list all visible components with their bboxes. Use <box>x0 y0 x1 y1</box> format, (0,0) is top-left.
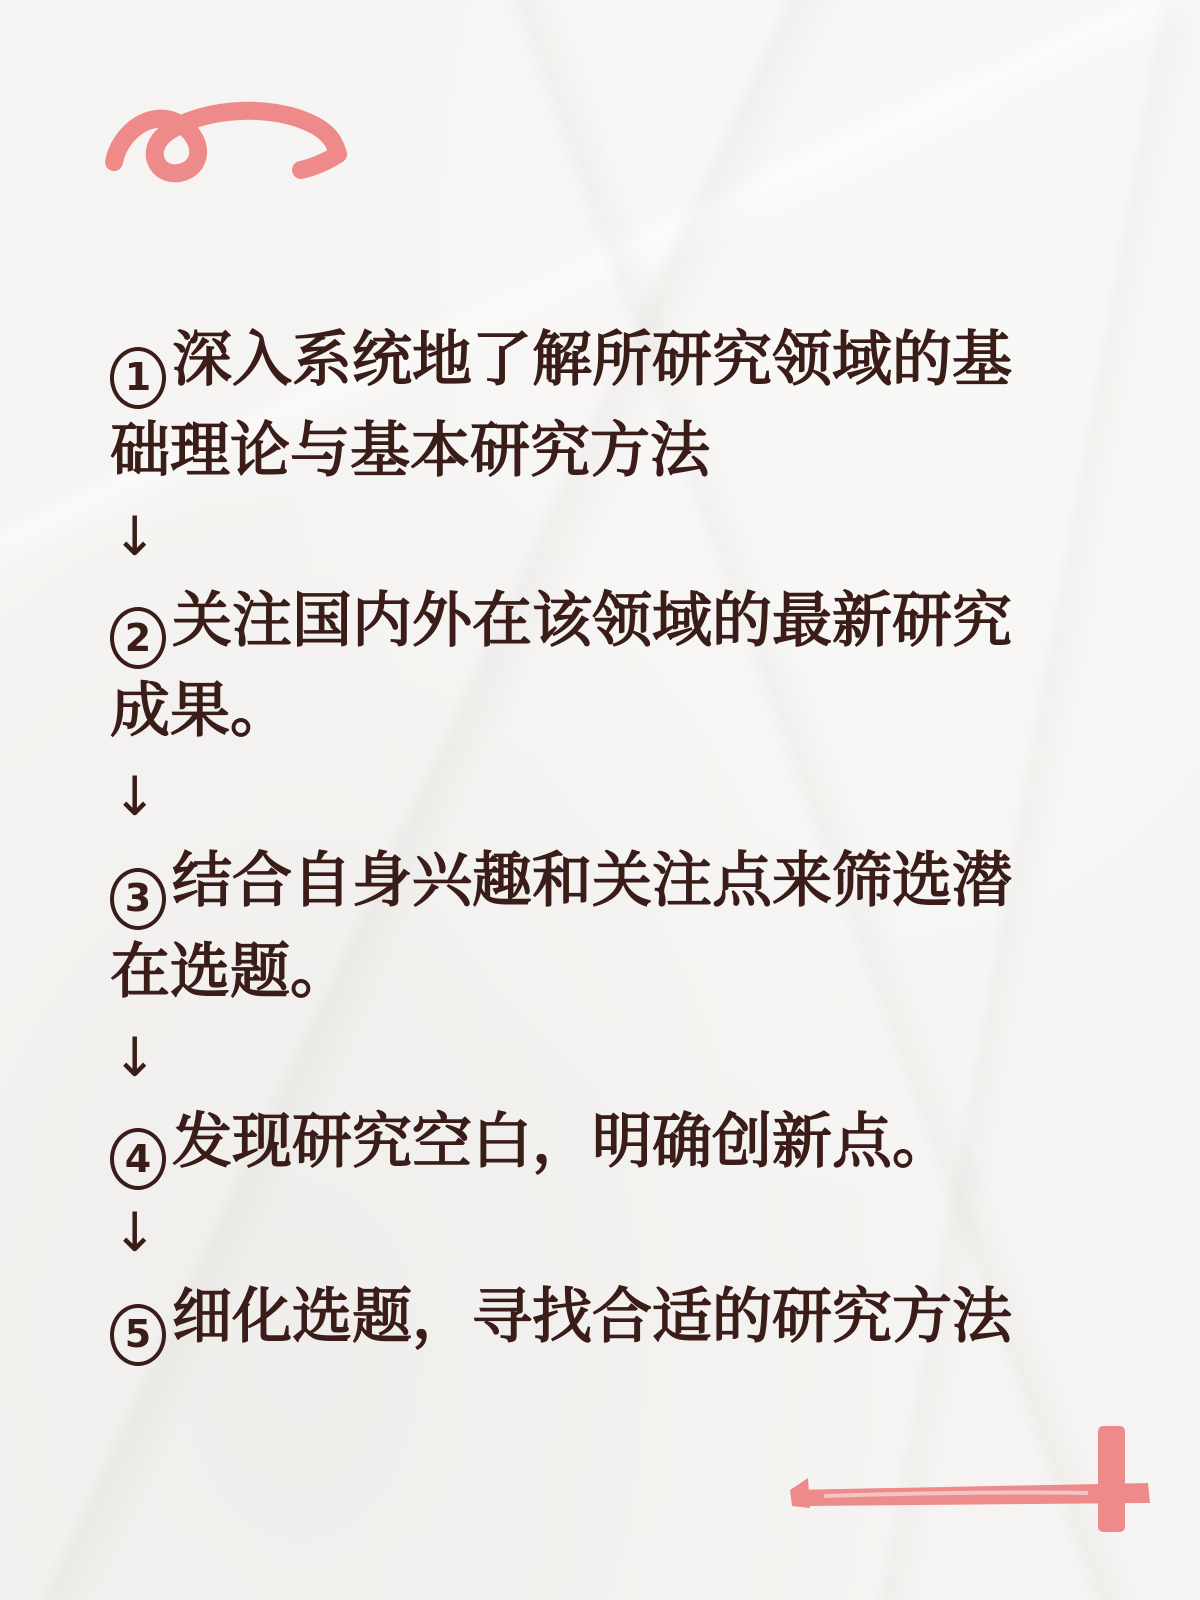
step-5-text: 细化选题，寻找合适的研究方法 <box>172 1282 1012 1352</box>
step-4: 4发现研究空白，明确创新点。 <box>110 1100 1050 1191</box>
step-1-text: 深入系统地了解所研究领域的基础理论与基本研究方法 <box>110 325 1012 486</box>
step-5: 5细化选题，寻找合适的研究方法 <box>110 1275 1050 1366</box>
step-1-digit: 1 <box>125 335 151 420</box>
step-3-digit: 3 <box>125 856 151 941</box>
step-2-text: 关注国内外在该领域的最新研究成果。 <box>110 586 1012 747</box>
down-arrow-icon: ↓ <box>110 1015 1050 1100</box>
step-4-text: 发现研究空白，明确创新点。 <box>172 1107 952 1177</box>
step-2: 2关注国内外在该领域的最新研究成果。 <box>110 579 1050 755</box>
curly-arrow-icon <box>104 96 356 200</box>
step-5-circled-number: 5 <box>110 1304 166 1366</box>
step-4-digit: 4 <box>125 1117 151 1202</box>
step-3-circled-number: 3 <box>110 868 166 930</box>
step-1: 1深入系统地了解所研究领域的基础理论与基本研究方法 <box>110 318 1050 494</box>
note-page: 1深入系统地了解所研究领域的基础理论与基本研究方法 ↓ 2关注国内外在该领域的最… <box>0 0 1200 1600</box>
step-4-circled-number: 4 <box>110 1128 166 1190</box>
down-arrow-icon: ↓ <box>110 754 1050 839</box>
step-1-circled-number: 1 <box>110 347 166 409</box>
step-5-digit: 5 <box>125 1292 151 1377</box>
step-3-text: 结合自身兴趣和关注点来筛选潜在选题。 <box>110 846 1012 1007</box>
brush-line-cross-icon <box>778 1418 1162 1542</box>
step-2-circled-number: 2 <box>110 607 166 669</box>
process-flow: 1深入系统地了解所研究领域的基础理论与基本研究方法 ↓ 2关注国内外在该领域的最… <box>110 318 1050 1366</box>
step-3: 3结合自身兴趣和关注点来筛选潜在选题。 <box>110 839 1050 1015</box>
step-2-digit: 2 <box>125 596 151 681</box>
down-arrow-icon: ↓ <box>110 494 1050 579</box>
down-arrow-icon: ↓ <box>110 1190 1050 1275</box>
